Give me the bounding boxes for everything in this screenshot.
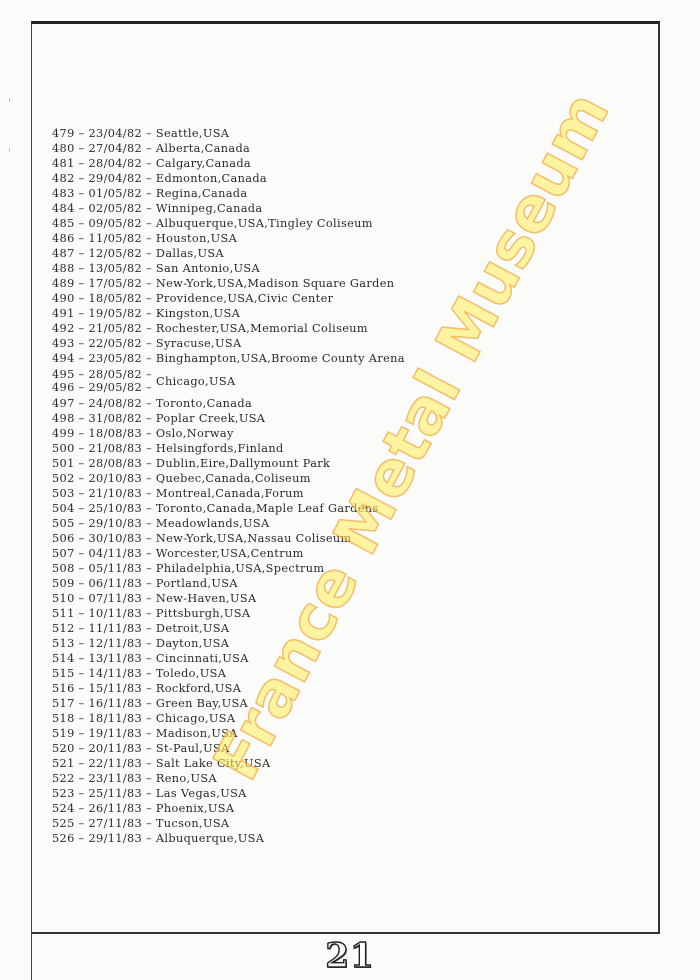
concert-entry: 501 – 28/08/83 – Dublin,Eire,Dallymount … [52, 456, 405, 471]
concert-entry: 489 – 17/05/82 – New-York,USA,Madison Sq… [52, 276, 405, 291]
concert-entry: 514 – 13/11/83 – Cincinnati,USA [52, 651, 405, 666]
page-number: 21 [0, 936, 700, 976]
concert-entry: 485 – 09/05/82 – Albuquerque,USA,Tingley… [52, 216, 405, 231]
concert-entry: 490 – 18/05/82 – Providence,USA,Civic Ce… [52, 291, 405, 306]
concert-entry: 521 – 22/11/83 – Salt Lake City,USA [52, 756, 405, 771]
concert-entry: 512 – 11/11/83 – Detroit,USA [52, 621, 405, 636]
concert-entry: 499 – 18/08/83 – Oslo,Norway [52, 426, 405, 441]
concert-entry: 483 – 01/05/82 – Regina,Canada [52, 186, 405, 201]
concert-entry: 481 – 28/04/82 – Calgary,Canada [52, 156, 405, 171]
concert-entry: 508 – 05/11/83 – Philadelphia,USA,Spectr… [52, 561, 405, 576]
concert-place: Chicago,USA [156, 374, 236, 389]
concert-entry: 482 – 29/04/82 – Edmonton,Canada [52, 171, 405, 186]
concert-number-date: 495 – 28/05/82 – [52, 368, 152, 381]
concert-entry: 524 – 26/11/83 – Phoenix,USA [52, 801, 405, 816]
concert-entry: 511 – 10/11/83 – Pittsburgh,USA [52, 606, 405, 621]
scan-speck: ' [8, 148, 11, 159]
concert-entry: 486 – 11/05/82 – Houston,USA [52, 231, 405, 246]
concert-entry: 516 – 15/11/83 – Rockford,USA [52, 681, 405, 696]
concert-entry: 491 – 19/05/82 – Kingston,USA [52, 306, 405, 321]
concert-entry: 522 – 23/11/83 – Reno,USA [52, 771, 405, 786]
concert-entry: 510 – 07/11/83 – New-Haven,USA [52, 591, 405, 606]
concert-entry: 513 – 12/11/83 – Dayton,USA [52, 636, 405, 651]
concert-entry: 523 – 25/11/83 – Las Vegas,USA [52, 786, 405, 801]
concert-entry: 505 – 29/10/83 – Meadowlands,USA [52, 516, 405, 531]
concert-number-date: 496 – 29/05/82 – [52, 381, 152, 394]
concert-entry: 520 – 20/11/83 – St-Paul,USA [52, 741, 405, 756]
concert-entry: 517 – 16/11/83 – Green Bay,USA [52, 696, 405, 711]
concert-entry: 518 – 18/11/83 – Chicago,USA [52, 711, 405, 726]
concert-entry: 526 – 29/11/83 – Albuquerque,USA [52, 831, 405, 846]
concert-entry: 498 – 31/08/82 – Poplar Creek,USA [52, 411, 405, 426]
concert-dates: 495 – 28/05/82 –496 – 29/05/82 – [52, 368, 152, 394]
concert-entry: 504 – 25/10/83 – Toronto,Canada,Maple Le… [52, 501, 405, 516]
concert-entry: 497 – 24/08/82 – Toronto,Canada [52, 396, 405, 411]
concert-entry: 503 – 21/10/83 – Montreal,Canada,Forum [52, 486, 405, 501]
concert-entry: 493 – 22/05/82 – Syracuse,USA [52, 336, 405, 351]
concert-entry: 480 – 27/04/82 – Alberta,Canada [52, 141, 405, 156]
concert-entry: 484 – 02/05/82 – Winnipeg,Canada [52, 201, 405, 216]
concert-entry: 487 – 12/05/82 – Dallas,USA [52, 246, 405, 261]
concert-entry: 525 – 27/11/83 – Tucson,USA [52, 816, 405, 831]
concert-entry: 479 – 23/04/82 – Seattle,USA [52, 126, 405, 141]
concert-list: 479 – 23/04/82 – Seattle,USA480 – 27/04/… [52, 126, 405, 846]
concert-entry: 515 – 14/11/83 – Toledo,USA [52, 666, 405, 681]
concert-entry: 519 – 19/11/83 – Madison,USA [52, 726, 405, 741]
scan-speck: ' [8, 98, 11, 109]
concert-entry: 502 – 20/10/83 – Quebec,Canada,Coliseum [52, 471, 405, 486]
concert-entry: 495 – 28/05/82 –496 – 29/05/82 –Chicago,… [52, 366, 405, 396]
concert-entry: 500 – 21/08/83 – Helsingfords,Finland [52, 441, 405, 456]
concert-entry: 506 – 30/10/83 – New-York,USA,Nassau Col… [52, 531, 405, 546]
concert-entry: 488 – 13/05/82 – San Antonio,USA [52, 261, 405, 276]
concert-entry: 509 – 06/11/83 – Portland,USA [52, 576, 405, 591]
concert-entry: 494 – 23/05/82 – Binghampton,USA,Broome … [52, 351, 405, 366]
concert-entry: 492 – 21/05/82 – Rochester,USA,Memorial … [52, 321, 405, 336]
concert-entry: 507 – 04/11/83 – Worcester,USA,Centrum [52, 546, 405, 561]
